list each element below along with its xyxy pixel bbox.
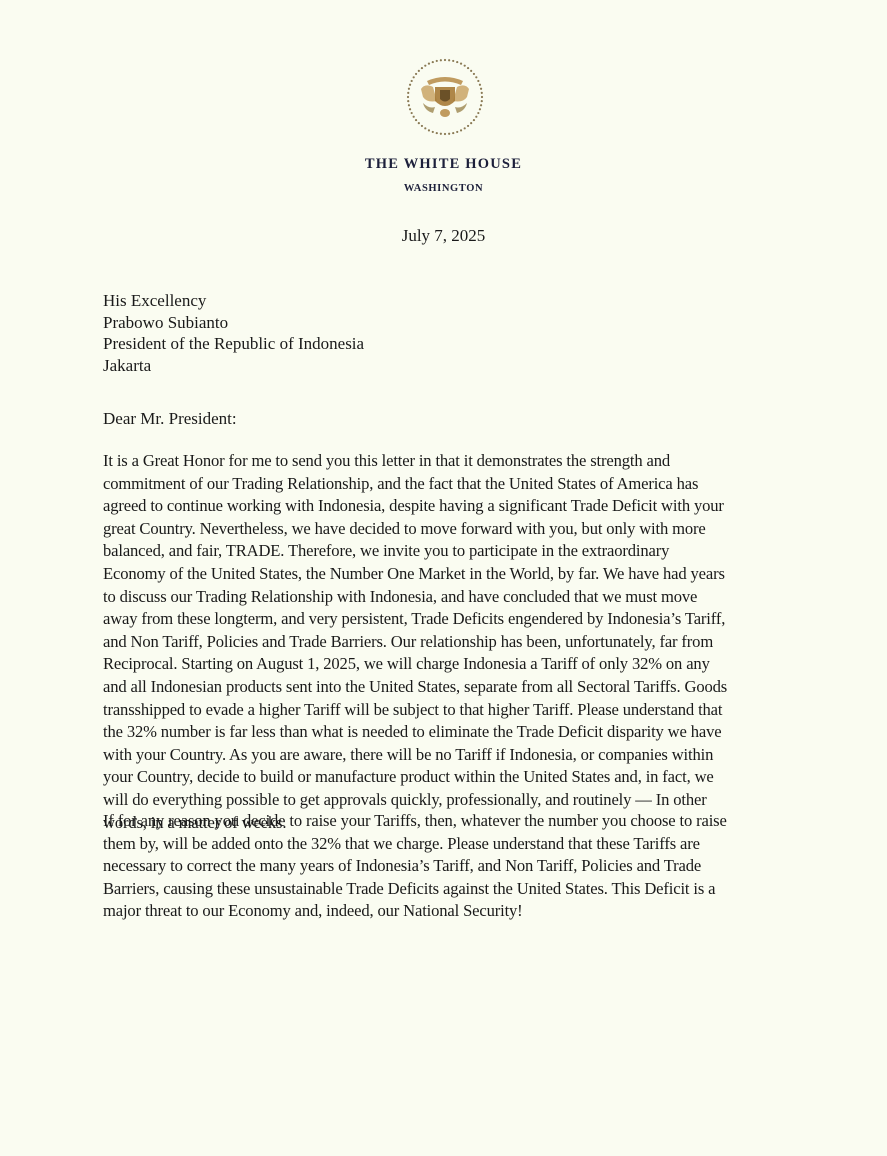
paragraph-line: commitment of our Trading Relationship, …: [103, 473, 727, 496]
paragraph-line: the 32% number is far less than what is …: [103, 721, 727, 744]
paragraph-line: your Country, decide to build or manufac…: [103, 766, 727, 789]
paragraph-line: and all Indonesian products sent into th…: [103, 676, 727, 699]
paragraph-line: with your Country. As you are aware, the…: [103, 744, 727, 767]
paragraph-line: to discuss our Trading Relationship with…: [103, 586, 727, 609]
recipient-address: His Excellency Prabowo Subianto Presiden…: [103, 290, 364, 376]
recipient-city: Jakarta: [103, 355, 364, 377]
paragraph-line: It is a Great Honor for me to send you t…: [103, 450, 727, 473]
paragraph-line: will do everything possible to get appro…: [103, 789, 727, 812]
body-paragraph-1: It is a Great Honor for me to send you t…: [103, 450, 727, 834]
paragraph-line: major threat to our Economy and, indeed,…: [103, 900, 727, 923]
letterhead-subtitle: WASHINGTON: [0, 183, 887, 194]
body-paragraph-2: If for any reason you decide to raise yo…: [103, 810, 727, 923]
recipient-title: President of the Republic of Indonesia: [103, 333, 364, 355]
paragraph-line: balanced, and fair, TRADE. Therefore, we…: [103, 540, 727, 563]
paragraph-line: them by, will be added onto the 32% that…: [103, 833, 727, 856]
paragraph-line: great Country. Nevertheless, we have dec…: [103, 518, 727, 541]
salutation: Dear Mr. President:: [103, 409, 237, 429]
letterhead-title: THE WHITE HOUSE: [0, 156, 887, 173]
paragraph-line: agreed to continue working with Indonesi…: [103, 495, 727, 518]
paragraph-line: If for any reason you decide to raise yo…: [103, 810, 727, 833]
recipient-name: Prabowo Subianto: [103, 312, 364, 334]
presidential-seal-icon: [403, 57, 487, 137]
paragraph-line: Reciprocal. Starting on August 1, 2025, …: [103, 653, 727, 676]
paragraph-line: transshipped to evade a higher Tariff wi…: [103, 699, 727, 722]
letter-date: July 7, 2025: [0, 226, 887, 246]
paragraph-line: away from these longterm, and very persi…: [103, 608, 727, 631]
paragraph-line: necessary to correct the many years of I…: [103, 855, 727, 878]
paragraph-line: and Non Tariff, Policies and Trade Barri…: [103, 631, 727, 654]
paragraph-line: Barriers, causing these unsustainable Tr…: [103, 878, 727, 901]
letter-page: THE WHITE HOUSE WASHINGTON July 7, 2025 …: [0, 0, 887, 1156]
recipient-honorific: His Excellency: [103, 290, 364, 312]
paragraph-line: Economy of the United States, the Number…: [103, 563, 727, 586]
